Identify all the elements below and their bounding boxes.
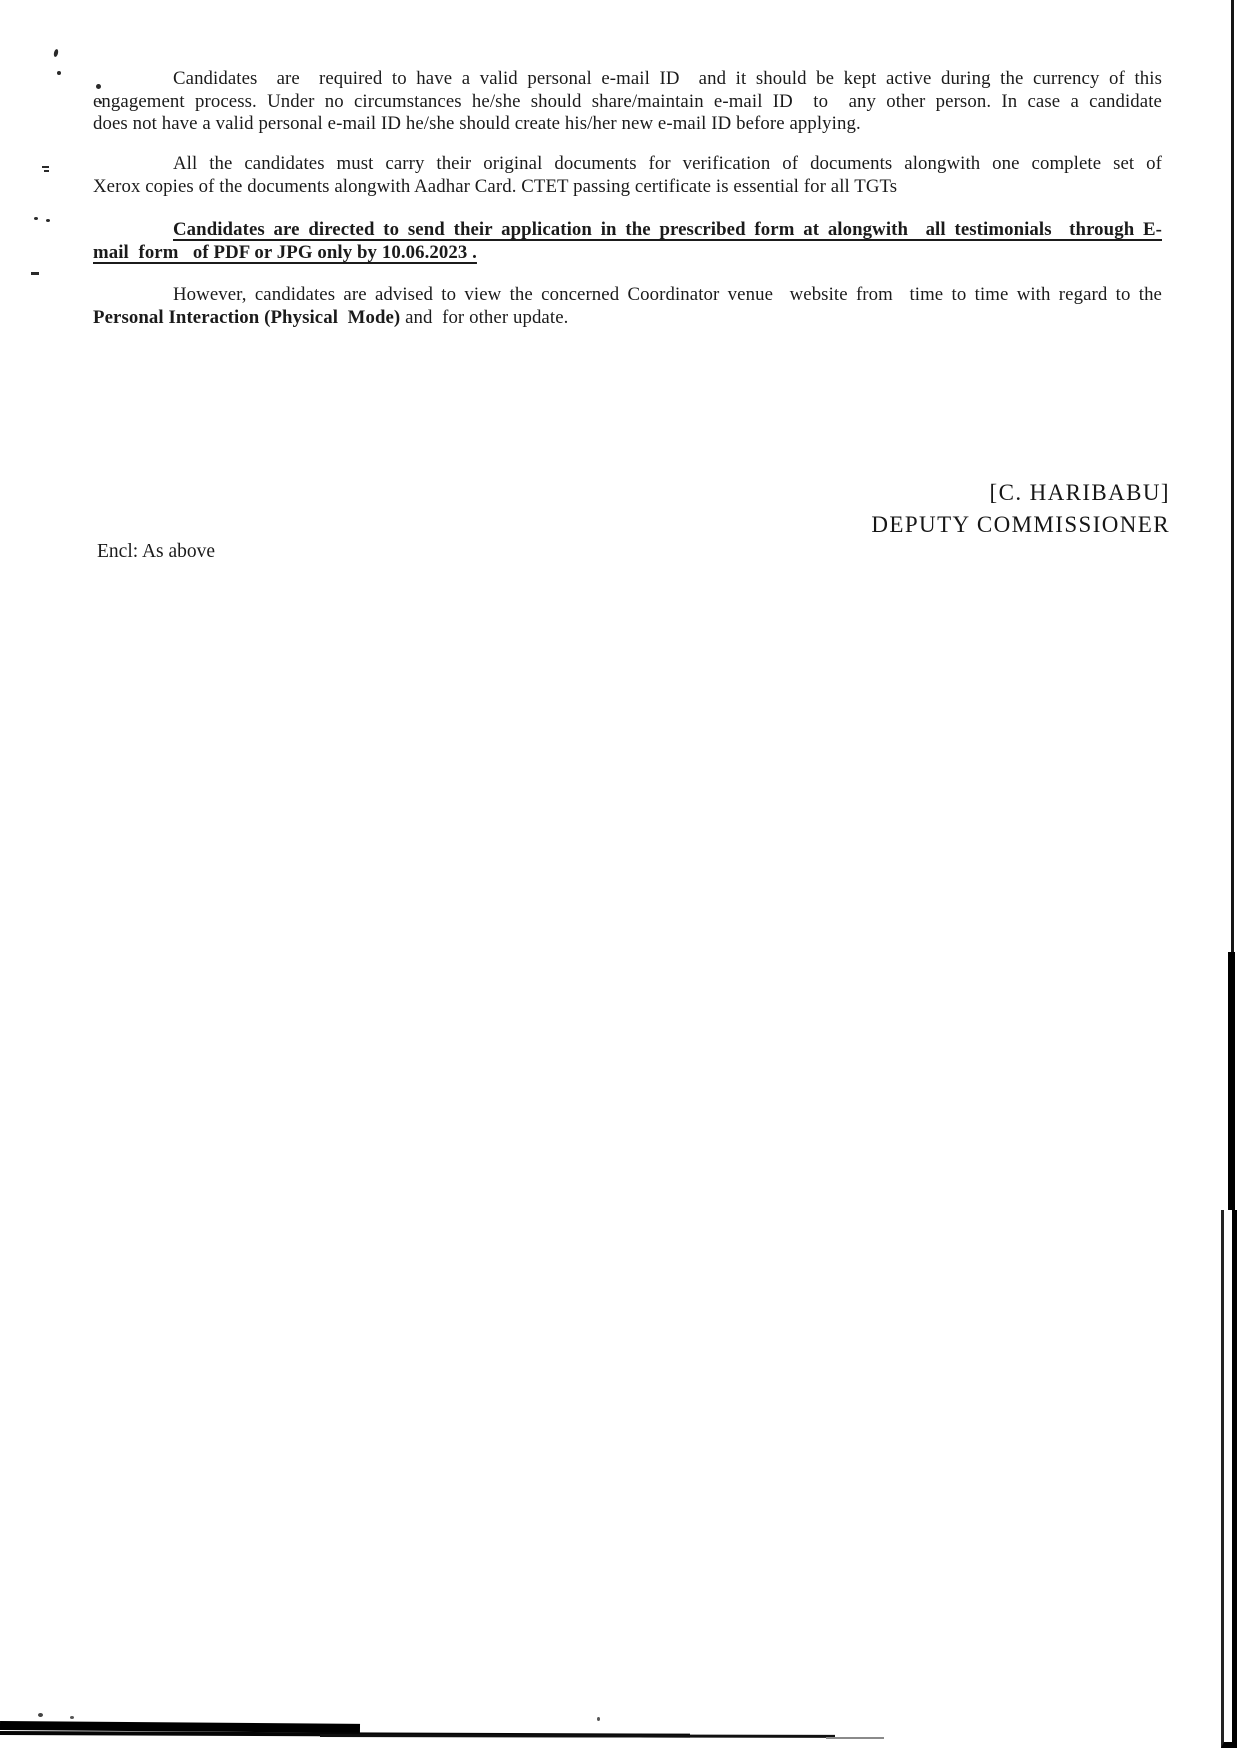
text-line: However, candidates are advised to view … [93, 284, 1162, 307]
text-line: does not have a valid personal e-mail ID… [93, 113, 1162, 136]
scan-edge-line-mid [1228, 952, 1235, 1210]
underlined-text: mail form of PDF or JPG only by 10.06.20… [93, 242, 477, 263]
text-line: mail form of PDF or JPG only by 10.06.20… [93, 242, 1162, 265]
scan-speck-mark [53, 49, 59, 58]
scan-speck-mark [42, 166, 49, 168]
paragraph-email-requirement: Candidates are required to have a valid … [93, 68, 1162, 136]
scan-speck-mark [46, 219, 50, 222]
enclosure-note: Encl: As above [97, 541, 215, 563]
underlined-text: Candidates are directed to send their ap… [173, 219, 1162, 240]
signatory-name: [C. HARIBABU] [660, 477, 1170, 509]
paragraph-document-verification: All the candidates must carry their orig… [93, 153, 1162, 198]
paragraph-website-advisory: However, candidates are advised to view … [93, 284, 1162, 329]
scan-bottom-bar-tail [826, 1737, 884, 1739]
plain-text: and for other update. [400, 307, 568, 328]
scan-speck-mark [57, 71, 61, 75]
scan-speck-mark [34, 217, 38, 220]
scan-speck-mark [70, 1716, 74, 1719]
scan-bottom-bar [320, 1734, 835, 1738]
text-line: Candidates are directed to send their ap… [93, 219, 1162, 242]
signature-block: [C. HARIBABU] DEPUTY COMMISSIONER [660, 477, 1170, 540]
scan-speck-mark [597, 1717, 600, 1721]
text-line: All the candidates must carry their orig… [93, 153, 1162, 176]
scanned-letter-page: Candidates are required to have a valid … [0, 0, 1242, 1755]
scan-speck-mark [99, 101, 102, 104]
text-line: Xerox copies of the documents alongwith … [93, 176, 1162, 199]
scan-speck-mark [31, 272, 39, 275]
scan-speck-mark [38, 1713, 43, 1717]
text-line: Personal Interaction (Physical Mode) and… [93, 307, 1162, 330]
signatory-title: DEPUTY COMMISSIONER [660, 509, 1170, 541]
scan-speck-mark [44, 170, 49, 172]
text-line: Candidates are required to have a valid … [93, 68, 1162, 91]
text-line: engagement process. Under no circumstanc… [93, 91, 1162, 114]
scan-edge-line-top [1231, 0, 1234, 952]
bold-text: Personal Interaction (Physical Mode) [93, 307, 400, 328]
scan-speck-mark [96, 84, 101, 89]
paragraph-application-deadline: Candidates are directed to send their ap… [93, 219, 1162, 264]
scan-edge-line-bottom [1221, 1210, 1237, 1748]
